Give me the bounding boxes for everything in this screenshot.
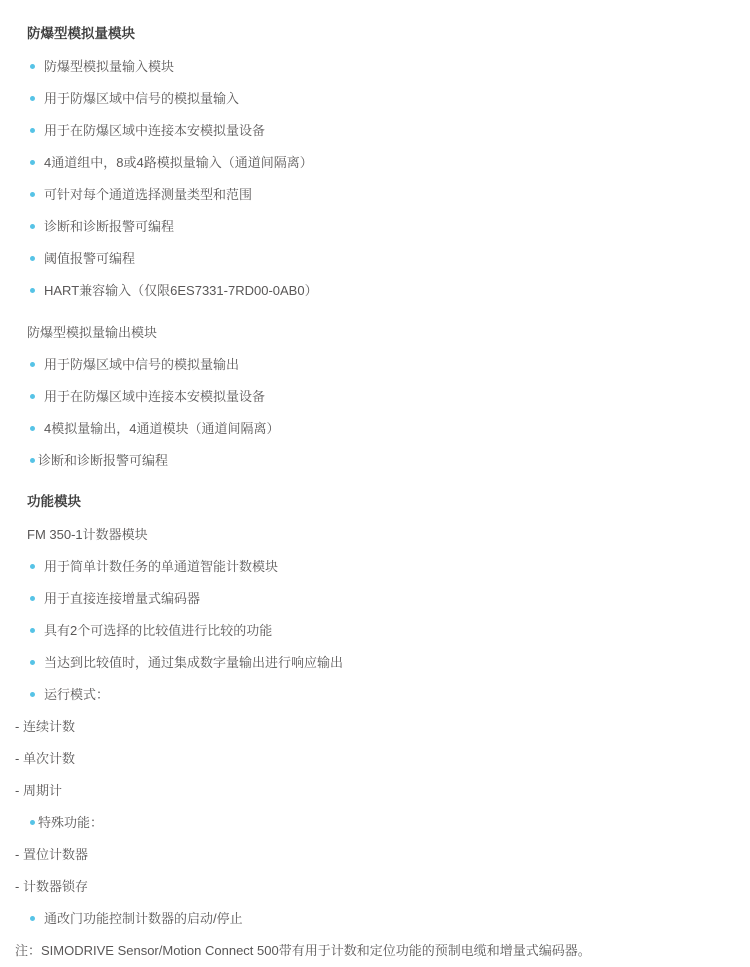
subsection-title-analog-output: 防爆型模拟量输出模块 xyxy=(27,316,750,348)
bullet-item: 通改门功能控制计数器的启动/停止 xyxy=(30,902,750,934)
dash-item: - 计数器锁存 xyxy=(15,870,750,902)
bullet-item: 具有2个可选择的比较值进行比较的功能 xyxy=(30,614,750,646)
bullet-item: 用于简单计数任务的单通道智能计数模块 xyxy=(30,550,750,582)
bullet-icon xyxy=(30,160,35,165)
bullet-item: 4通道组中，8或4路模拟量输入（通道间隔离） xyxy=(30,146,750,178)
dash-item-label: - 周期计 xyxy=(15,784,62,797)
bullet-item-label: 诊断和诊断报警可编程 xyxy=(38,454,168,467)
subsection-title-label: FM 350-1计数器模块 xyxy=(27,528,148,541)
bullet-item: 用于直接连接增量式编码器 xyxy=(30,582,750,614)
bullet-item: 阈值报警可编程 xyxy=(30,242,750,274)
bullet-icon xyxy=(30,256,35,261)
bullet-item: 4模拟量输出，4通道模块（通道间隔离） xyxy=(30,412,750,444)
bullet-item-label: 具有2个可选择的比较值进行比较的功能 xyxy=(44,624,272,637)
bullet-item-label: 防爆型模拟量输入模块 xyxy=(44,60,174,73)
section-title-explosionproof-analog: 防爆型模拟量模块 xyxy=(27,18,750,50)
bullet-item: 可针对每个通道选择测量类型和范围 xyxy=(30,178,750,210)
bullet-item: HART兼容输入（仅限6ES7331-7RD00-0AB0） xyxy=(30,274,750,306)
bullet-item-label: 用于直接连接增量式编码器 xyxy=(44,592,200,605)
bullet-item-label: 用于在防爆区域中连接本安模拟量设备 xyxy=(44,390,265,403)
bullet-item-label: 阈值报警可编程 xyxy=(44,252,135,265)
bullet-item: 用于防爆区域中信号的模拟量输出 xyxy=(30,348,750,380)
bullet-icon xyxy=(30,660,35,665)
section-title-label: 功能模块 xyxy=(27,495,81,509)
bullet-icon xyxy=(30,916,35,921)
bullet-icon xyxy=(30,596,35,601)
bullet-item: 用于在防爆区域中连接本安模拟量设备 xyxy=(30,114,750,146)
bullet-item: 诊断和诊断报警可编程 xyxy=(30,210,750,242)
bullet-item: 特殊功能： xyxy=(30,806,750,838)
bullet-icon xyxy=(30,224,35,229)
section-title-label: 防爆型模拟量模块 xyxy=(27,27,135,41)
bullet-item: 当达到比较值时，通过集成数字量输出进行响应输出 xyxy=(30,646,750,678)
bullet-item-label: 用于在防爆区域中连接本安模拟量设备 xyxy=(44,124,265,137)
bullet-icon xyxy=(30,128,35,133)
dash-item: - 周期计 xyxy=(15,774,750,806)
bullet-item-label: 特殊功能： xyxy=(38,816,103,829)
bullet-item-label: 可针对每个通道选择测量类型和范围 xyxy=(44,188,252,201)
bullet-item-label: 4通道组中，8或4路模拟量输入（通道间隔离） xyxy=(44,156,313,169)
subsection-title-label: 防爆型模拟量输出模块 xyxy=(27,326,157,339)
bullet-icon xyxy=(30,426,35,431)
bullet-item-label: 通改门功能控制计数器的启动/停止 xyxy=(44,912,243,925)
footnote: 注：SIMODRIVE Sensor/Motion Connect 500带有用… xyxy=(15,934,750,966)
bullet-icon xyxy=(30,458,35,463)
bullet-icon xyxy=(30,394,35,399)
bullet-icon xyxy=(30,96,35,101)
dash-item: - 单次计数 xyxy=(15,742,750,774)
bullet-item-label: HART兼容输入（仅限6ES7331-7RD00-0AB0） xyxy=(44,284,318,297)
bullet-item: 用于在防爆区域中连接本安模拟量设备 xyxy=(30,380,750,412)
dash-item: - 置位计数器 xyxy=(15,838,750,870)
bullet-icon xyxy=(30,628,35,633)
dash-item: - 连续计数 xyxy=(15,710,750,742)
bullet-icon xyxy=(30,820,35,825)
dash-item-label: - 连续计数 xyxy=(15,720,75,733)
bullet-icon xyxy=(30,192,35,197)
bullet-icon xyxy=(30,362,35,367)
dash-item-label: - 计数器锁存 xyxy=(15,880,88,893)
bullet-item-label: 诊断和诊断报警可编程 xyxy=(44,220,174,233)
footnote-label: 注：SIMODRIVE Sensor/Motion Connect 500带有用… xyxy=(15,944,591,957)
bullet-item-label: 4模拟量输出，4通道模块（通道间隔离） xyxy=(44,422,279,435)
bullet-icon xyxy=(30,692,35,697)
bullet-icon xyxy=(30,564,35,569)
bullet-icon xyxy=(30,64,35,69)
bullet-item: 用于防爆区域中信号的模拟量输入 xyxy=(30,82,750,114)
subsection-title-fm350: FM 350-1计数器模块 xyxy=(27,518,750,550)
bullet-item-label: 运行模式： xyxy=(44,688,109,701)
product-description-page: ‹ 防爆型模拟量模块 防爆型模拟量输入模块 用于防爆区域中信号的模拟量输入 用于… xyxy=(0,0,750,967)
section-title-function-modules: 功能模块 xyxy=(27,486,750,518)
bullet-item: 诊断和诊断报警可编程 xyxy=(30,444,750,476)
bullet-item-label: 用于防爆区域中信号的模拟量输出 xyxy=(44,358,239,371)
bullet-icon xyxy=(30,288,35,293)
bullet-item-label: 用于防爆区域中信号的模拟量输入 xyxy=(44,92,239,105)
dash-item-label: - 单次计数 xyxy=(15,752,75,765)
bullet-item: 防爆型模拟量输入模块 xyxy=(30,50,750,82)
bullet-item: 运行模式： xyxy=(30,678,750,710)
bullet-item-label: 当达到比较值时，通过集成数字量输出进行响应输出 xyxy=(44,656,343,669)
bullet-item-label: 用于简单计数任务的单通道智能计数模块 xyxy=(44,560,278,573)
dash-item-label: - 置位计数器 xyxy=(15,848,88,861)
